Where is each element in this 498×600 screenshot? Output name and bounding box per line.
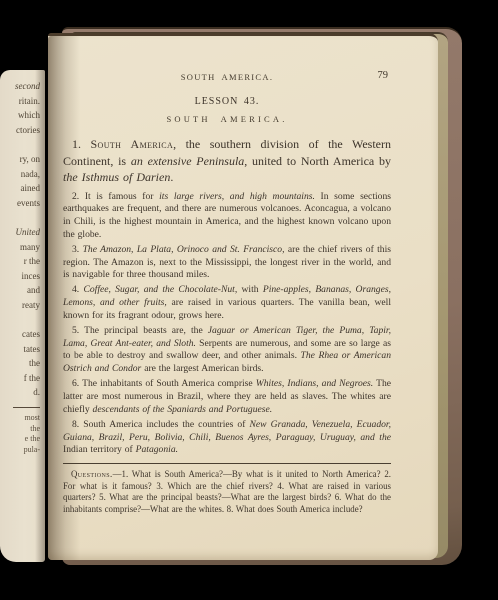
paragraph: 2. It is famous for its large rivers, an… — [63, 191, 391, 242]
text-segment: Indian territory of — [63, 444, 136, 455]
text-segment: The Amazon, La Plata, Orinoco and St. Fr… — [83, 244, 285, 255]
facing-page-fragment: many — [0, 240, 40, 255]
text-segment: . — [170, 170, 173, 184]
facing-page-fragment: the — [0, 356, 40, 371]
text-segment: Coffee, Sugar, and the Chocolate-Nut, — [83, 284, 237, 295]
book-photo: secondritain.whichctoriesry, onnada,aine… — [0, 0, 498, 600]
paragraph: 4. Coffee, Sugar, and the Chocolate-Nut,… — [63, 284, 391, 322]
facing-page: secondritain.whichctoriesry, onnada,aine… — [0, 70, 45, 562]
facing-page-fragment: ry, on — [0, 152, 40, 167]
facing-page-fragment: ained — [0, 181, 40, 196]
paragraph-list: 1. South America, the southern division … — [63, 136, 391, 457]
facing-page-fragment: f the — [0, 371, 40, 386]
text-segment: , united to North America by — [244, 154, 391, 168]
running-head-row: SOUTH AMERICA. 79 — [63, 72, 391, 85]
facing-page-fragment: most — [0, 413, 40, 424]
text-segment: are the largest American birds. — [141, 363, 263, 374]
facing-page-fragment: which — [0, 108, 40, 123]
text-segment: its large rivers, and high mountains. — [159, 191, 315, 202]
text-segment: Whites, Indians, and Negroes. — [256, 378, 373, 389]
text-segment: 3. — [72, 244, 83, 255]
facing-page-fragment: pula- — [0, 445, 40, 456]
text-segment: with — [237, 284, 263, 295]
page-number: 79 — [378, 70, 389, 81]
facing-page-fragment: and — [0, 283, 40, 298]
running-head: SOUTH AMERICA. — [63, 72, 391, 82]
facing-page-rule — [13, 407, 40, 408]
facing-page-fragment: inces — [0, 269, 40, 284]
text-segment: 5. The principal beasts are, the — [72, 325, 208, 336]
paragraph: 3. The Amazon, La Plata, Orinoco and St.… — [63, 244, 391, 282]
text-segment: the Isthmus of Darien — [63, 170, 170, 184]
text-segment: 1. — [72, 137, 90, 151]
paragraph: 5. The principal beasts are, the Jaguar … — [63, 325, 391, 376]
facing-page-fragment: events — [0, 196, 40, 211]
facing-page-fragment: ritain. — [0, 94, 40, 109]
text-segment: Questions. — [71, 469, 113, 479]
book-page: SOUTH AMERICA. 79 LESSON 43. SOUTH AMERI… — [48, 33, 438, 560]
text-segment: descendants of the Spaniards and Portugu… — [93, 404, 273, 415]
lesson-subtitle: SOUTH AMERICA. — [63, 114, 391, 124]
text-segment: Patagonia. — [136, 444, 178, 455]
facing-page-fragment — [0, 313, 40, 328]
text-segment: —1. What is South America?—By what is it… — [63, 469, 391, 514]
facing-page-fragment — [0, 137, 40, 152]
paragraph: 6. The inhabitants of South America comp… — [63, 378, 391, 416]
page-content: SOUTH AMERICA. 79 LESSON 43. SOUTH AMERI… — [48, 36, 438, 515]
text-segment: 6. The inhabitants of South America comp… — [72, 378, 256, 389]
text-segment: South America — [90, 137, 173, 151]
facing-page-fragment: United — [0, 225, 40, 240]
facing-page-fragment: cates — [0, 327, 40, 342]
facing-page-fragment: d. — [0, 385, 40, 400]
facing-page-fragment: second — [0, 79, 40, 94]
facing-page-fragments: secondritain.whichctoriesry, onnada,aine… — [0, 70, 45, 455]
text-segment: 4. — [72, 284, 83, 295]
facing-page-fragment: reaty — [0, 298, 40, 313]
text-segment: 2. It is famous for — [72, 191, 159, 202]
facing-page-fragment: nada, — [0, 167, 40, 182]
facing-page-fragment: ctories — [0, 123, 40, 138]
facing-page-fragment: tates — [0, 342, 40, 357]
text-segment: an extensive Peninsula — [131, 154, 244, 168]
questions-paragraph: Questions.—1. What is South America?—By … — [63, 469, 391, 515]
facing-page-fragment — [0, 210, 40, 225]
text-segment: 8. South America includes the countries … — [72, 419, 250, 430]
paragraph: 8. South America includes the countries … — [63, 419, 391, 457]
lesson-title: LESSON 43. — [63, 96, 391, 107]
section-divider — [63, 463, 391, 464]
facing-page-fragment: the — [0, 424, 40, 435]
facing-page-fragment: r the — [0, 254, 40, 269]
facing-page-fragment: e the — [0, 434, 40, 445]
lead-paragraph: 1. South America, the southern division … — [63, 136, 391, 186]
